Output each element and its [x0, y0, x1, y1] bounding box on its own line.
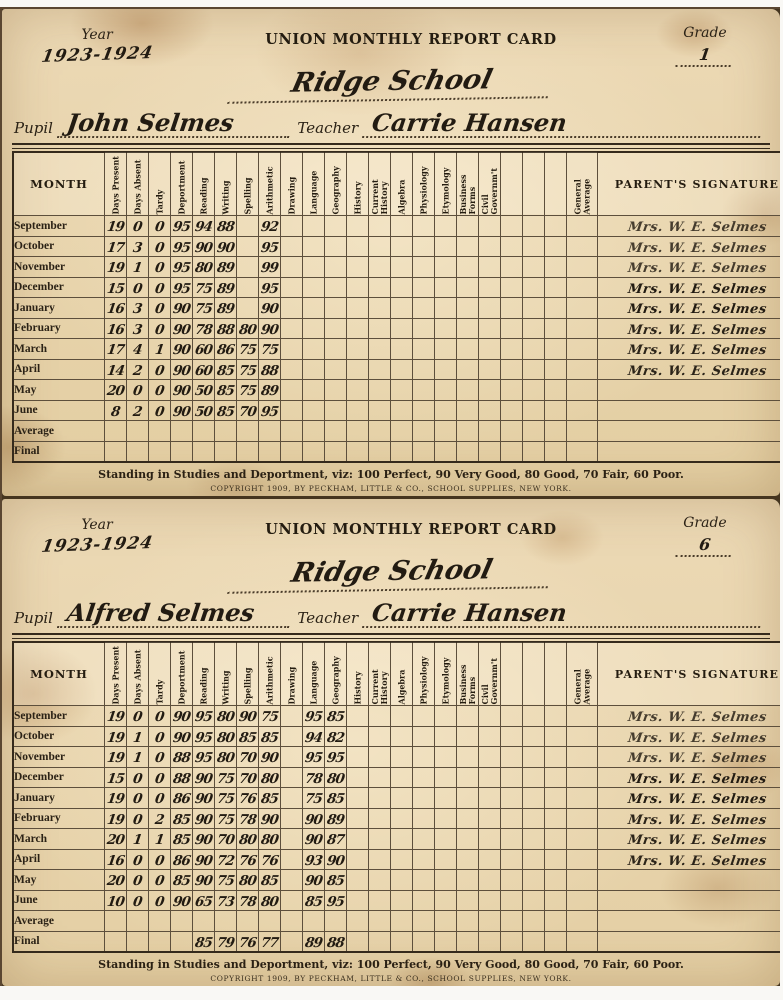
grade-cell: [545, 318, 567, 339]
grade-cell: 90: [259, 318, 281, 339]
subject-column-header: Geography: [325, 642, 347, 706]
grade-cell: 87: [325, 829, 347, 850]
subject-column-header: General Average: [567, 642, 598, 706]
grade-cell: [391, 747, 413, 768]
grade-cell: [435, 706, 457, 727]
grade-cell: [149, 931, 171, 952]
grade-cell: 89: [303, 931, 325, 952]
grade-cell: 90: [171, 890, 193, 911]
grade-cell: [281, 339, 303, 360]
grade-cell: 76: [237, 931, 259, 952]
grade-cell: 85: [325, 870, 347, 891]
grade-cell: [237, 236, 259, 257]
grade-cell: [281, 808, 303, 829]
table-row: September190090958090759585Mrs. W. E. Se…: [13, 706, 780, 727]
grade-cell: 80: [259, 890, 281, 911]
grade-cell: [413, 829, 435, 850]
grade-cell: [435, 236, 457, 257]
grade-cell: [567, 421, 598, 442]
grade-cell: [281, 788, 303, 809]
card-header: Year 1923-1924 UNION MONTHLY REPORT CARD…: [12, 23, 770, 67]
grade-cell: [501, 706, 523, 727]
grade-cell: [281, 706, 303, 727]
grade-cell: [303, 236, 325, 257]
card-header: Year 1923-1924 UNION MONTHLY REPORT CARD…: [12, 513, 770, 557]
grade-cell: 85: [259, 788, 281, 809]
grade-cell: 85: [259, 726, 281, 747]
grade-cell: 88: [215, 216, 237, 237]
grade-cell: 95: [303, 747, 325, 768]
grade-cell: 90: [259, 808, 281, 829]
subject-column-header: Business Forms: [457, 642, 479, 706]
grade-cell: [413, 706, 435, 727]
grade-cell: [457, 726, 479, 747]
grade-cell: 88: [171, 747, 193, 768]
grade-cell: [523, 359, 545, 380]
grade-cell: [457, 380, 479, 401]
grade-cell: [545, 931, 567, 952]
grade-cell: [435, 788, 457, 809]
grade-cell: [391, 277, 413, 298]
subject-column-header: Drawing: [281, 152, 303, 216]
grade-cell: 20: [105, 829, 127, 850]
grade-cell: [457, 931, 479, 952]
grade-cell: [369, 706, 391, 727]
grade-cell: [347, 870, 369, 891]
grade-cell: [413, 870, 435, 891]
grade-cell: 78: [237, 808, 259, 829]
grade-cell: [545, 359, 567, 380]
subject-column-header: Algebra: [391, 642, 413, 706]
grade-cell: [281, 829, 303, 850]
teacher-label: Teacher: [297, 609, 358, 628]
grade-cell: [413, 380, 435, 401]
grade-cell: [347, 236, 369, 257]
signature-cell: Mrs. W. E. Selmes: [598, 726, 781, 747]
subject-column-header: Reading: [193, 152, 215, 216]
table-row: October191090958085859482Mrs. W. E. Selm…: [13, 726, 780, 747]
grade-cell: [369, 849, 391, 870]
grade-cell: [501, 890, 523, 911]
grade-cell: [567, 931, 598, 952]
grade-cell: 85: [215, 359, 237, 380]
grade-cell: [391, 849, 413, 870]
grade-cell: [501, 318, 523, 339]
signature-cell: Mrs. W. E. Selmes: [598, 298, 781, 319]
grade-cell: 78: [193, 318, 215, 339]
grade-cell: 0: [127, 849, 149, 870]
grade-cell: [347, 441, 369, 462]
grade-cell: 90: [171, 318, 193, 339]
grade-cell: [303, 298, 325, 319]
grade-cell: [391, 400, 413, 421]
grade-cell: [303, 359, 325, 380]
grade-cell: [347, 849, 369, 870]
subject-column-header: Writing: [215, 152, 237, 216]
grade-cell: [435, 726, 457, 747]
grade-cell: 19: [105, 788, 127, 809]
grade-cell: [105, 421, 127, 442]
grade-cell: [457, 339, 479, 360]
grade-cell: 0: [127, 216, 149, 237]
grade-cell: [457, 318, 479, 339]
grade-cell: 77: [259, 931, 281, 952]
month-cell: February: [13, 808, 105, 829]
grade-cell: [325, 380, 347, 401]
grade-cell: 17: [105, 236, 127, 257]
grade-cell: 10: [105, 890, 127, 911]
grade-cell: [567, 870, 598, 891]
grade-cell: [545, 400, 567, 421]
school-line: Ridge School: [12, 65, 770, 102]
grade-cell: [457, 298, 479, 319]
report-card-grade-6: Year 1923-1924 UNION MONTHLY REPORT CARD…: [2, 499, 780, 986]
grade-cell: [545, 339, 567, 360]
grade-cell: [479, 298, 501, 319]
grade-cell: [545, 829, 567, 850]
grade-cell: [369, 890, 391, 911]
grade-cell: 4: [127, 339, 149, 360]
month-cell: November: [13, 257, 105, 278]
grade-cell: [325, 298, 347, 319]
month-cell: March: [13, 829, 105, 850]
table-row: April160086907276769390Mrs. W. E. Selmes: [13, 849, 780, 870]
year-block: Year 1923-1924: [12, 513, 182, 555]
month-column-header: MONTH: [13, 642, 105, 706]
grade-cell: [567, 890, 598, 911]
card-footer: Standing in Studies and Deportment, viz:…: [12, 468, 770, 493]
grade-cell: 95: [193, 726, 215, 747]
grade-cell: [501, 298, 523, 319]
grade-cell: 50: [193, 380, 215, 401]
grade-cell: 2: [149, 808, 171, 829]
grade-cell: 0: [149, 298, 171, 319]
grade-cell: 19: [105, 747, 127, 768]
table-row: November191088958070909595Mrs. W. E. Sel…: [13, 747, 780, 768]
year-value: 1923-1924: [40, 533, 155, 557]
grade-cell: 2: [127, 400, 149, 421]
signature-cell: Mrs. W. E. Selmes: [598, 788, 781, 809]
grade-cell: 90: [171, 706, 193, 727]
subject-column-header: Days Absent: [127, 642, 149, 706]
grade-cell: [105, 931, 127, 952]
grade-cell: [149, 441, 171, 462]
grade-cell: 80: [215, 706, 237, 727]
grade-cell: [435, 767, 457, 788]
grade-cell: [545, 236, 567, 257]
grade-cell: [501, 380, 523, 401]
grade-cell: [281, 236, 303, 257]
grade-cell: [501, 808, 523, 829]
grade-cell: [369, 400, 391, 421]
grade-cell: [457, 829, 479, 850]
grade-cell: [413, 726, 435, 747]
subject-column-header: History: [347, 642, 369, 706]
grade-cell: [391, 870, 413, 891]
grade-cell: [501, 277, 523, 298]
grade-cell: 76: [237, 788, 259, 809]
grade-cell: [501, 400, 523, 421]
subject-column-header: Algebra: [391, 152, 413, 216]
grade-cell: [259, 911, 281, 932]
grade-cell: [413, 400, 435, 421]
subject-column-header: General Average: [567, 152, 598, 216]
grade-cell: [391, 298, 413, 319]
grade-cell: [457, 911, 479, 932]
signature-cell: Mrs. W. E. Selmes: [598, 257, 781, 278]
grade-cell: 88: [325, 931, 347, 952]
grade-cell: [303, 339, 325, 360]
grade-cell: [479, 277, 501, 298]
grade-cell: [369, 236, 391, 257]
grade-value: 6: [676, 535, 734, 557]
grade-cell: 95: [193, 747, 215, 768]
grade-cell: [479, 767, 501, 788]
grade-cell: [281, 931, 303, 952]
grade-cell: [391, 421, 413, 442]
subject-column-header: Tardy: [149, 642, 171, 706]
month-cell: June: [13, 400, 105, 421]
pupil-teacher-line: Pupil Alfred Selmes Teacher Carrie Hanse…: [12, 594, 770, 628]
subject-column-header: Tardy: [149, 152, 171, 216]
grade-cell: [413, 277, 435, 298]
grade-cell: 20: [105, 380, 127, 401]
grade-cell: [281, 870, 303, 891]
grade-cell: [347, 318, 369, 339]
grade-cell: [413, 911, 435, 932]
subject-column-header: Days Present: [105, 642, 127, 706]
grade-cell: [479, 747, 501, 768]
grade-cell: [281, 890, 303, 911]
grade-cell: 1: [149, 339, 171, 360]
grade-cell: [237, 441, 259, 462]
grade-cell: [567, 788, 598, 809]
grade-cell: [479, 380, 501, 401]
grade-cell: 90: [259, 747, 281, 768]
grade-cell: [303, 318, 325, 339]
grade-cell: 0: [149, 890, 171, 911]
grade-cell: 90: [193, 236, 215, 257]
grade-cell: [501, 257, 523, 278]
grade-cell: [369, 359, 391, 380]
grade-cell: 70: [237, 747, 259, 768]
grade-cell: 90: [193, 870, 215, 891]
grade-cell: 95: [325, 747, 347, 768]
signature-cell: [598, 421, 781, 442]
grade-cell: [303, 257, 325, 278]
subject-column-header: Civil Governm't: [479, 642, 501, 706]
grade-cell: [347, 767, 369, 788]
grade-cell: 0: [149, 216, 171, 237]
subject-column-header: Physiology: [413, 152, 435, 216]
subject-column-header: Language: [303, 152, 325, 216]
grade-cell: [369, 318, 391, 339]
subject-column-header: Writing: [215, 642, 237, 706]
grade-cell: 88: [215, 318, 237, 339]
grade-cell: [479, 788, 501, 809]
grade-cell: [545, 911, 567, 932]
grade-cell: [369, 257, 391, 278]
card-title: UNION MONTHLY REPORT CARD: [182, 23, 640, 48]
teacher-label: Teacher: [297, 119, 358, 138]
grade-cell: [523, 849, 545, 870]
grade-cell: [523, 808, 545, 829]
grade-cell: [369, 441, 391, 462]
grade-cell: [171, 911, 193, 932]
grade-cell: [369, 870, 391, 891]
subject-column-header: Drawing: [281, 642, 303, 706]
signature-cell: Mrs. W. E. Selmes: [598, 318, 781, 339]
grade-cell: [501, 788, 523, 809]
grade-cell: [435, 400, 457, 421]
grade-cell: [413, 421, 435, 442]
grade-cell: [171, 441, 193, 462]
grade-cell: [237, 216, 259, 237]
grade-cell: [457, 216, 479, 237]
grade-cell: [281, 359, 303, 380]
signature-cell: Mrs. W. E. Selmes: [598, 236, 781, 257]
grade-cell: [281, 318, 303, 339]
grade-cell: [369, 277, 391, 298]
grade-cell: 0: [127, 870, 149, 891]
grade-cell: [237, 911, 259, 932]
table-header-row: MONTHDays PresentDays AbsentTardyDeportm…: [13, 642, 780, 706]
grade-cell: [457, 706, 479, 727]
grade-cell: [325, 236, 347, 257]
grade-cell: 20: [105, 870, 127, 891]
grade-cell: [413, 849, 435, 870]
pupil-teacher-line: Pupil John Selmes Teacher Carrie Hansen: [12, 104, 770, 138]
signature-cell: Mrs. W. E. Selmes: [598, 849, 781, 870]
signature-cell: Mrs. W. E. Selmes: [598, 829, 781, 850]
grade-cell: 1: [127, 726, 149, 747]
grade-cell: 70: [215, 829, 237, 850]
grade-cell: [347, 421, 369, 442]
table-row: January190086907576857585Mrs. W. E. Selm…: [13, 788, 780, 809]
subject-column-header: Reading: [193, 642, 215, 706]
table-row: January163090758990Mrs. W. E. Selmes: [13, 298, 780, 319]
month-cell: October: [13, 726, 105, 747]
grade-cell: [523, 931, 545, 952]
subject-column-header: Spelling: [237, 152, 259, 216]
subject-column-header: Current History: [369, 152, 391, 216]
grade-cell: [193, 441, 215, 462]
table-row: Average: [13, 911, 780, 932]
subject-column-header: Days Present: [105, 152, 127, 216]
grade-cell: 90: [193, 829, 215, 850]
grade-cell: [325, 277, 347, 298]
grade-cell: 89: [215, 298, 237, 319]
grade-cell: [501, 931, 523, 952]
grade-cell: [479, 441, 501, 462]
grade-cell: 90: [193, 788, 215, 809]
grade-cell: [369, 767, 391, 788]
pupil-name: John Selmes: [57, 110, 293, 138]
blank-column-header: [501, 152, 523, 216]
grade-cell: [501, 870, 523, 891]
year-label: Year: [12, 27, 182, 43]
grade-cell: [545, 788, 567, 809]
subject-column-header: Physiology: [413, 642, 435, 706]
grade-cell: [281, 441, 303, 462]
grade-cell: [413, 441, 435, 462]
grade-cell: [193, 421, 215, 442]
grade-cell: [259, 441, 281, 462]
subject-column-header: Geography: [325, 152, 347, 216]
grade-cell: [347, 890, 369, 911]
grade-cell: [413, 298, 435, 319]
grade-cell: [281, 257, 303, 278]
grade-cell: [567, 726, 598, 747]
grade-cell: 0: [127, 788, 149, 809]
grade-cell: [523, 236, 545, 257]
grade-cell: 75: [237, 339, 259, 360]
grade-cell: [523, 421, 545, 442]
grade-cell: 3: [127, 298, 149, 319]
grade-cell: 3: [127, 236, 149, 257]
subject-column-header: Business Forms: [457, 152, 479, 216]
grade-cell: 0: [149, 400, 171, 421]
grade-cell: [413, 216, 435, 237]
grade-cell: 89: [325, 808, 347, 829]
signature-cell: [598, 400, 781, 421]
grade-cell: 78: [237, 890, 259, 911]
table-row: Final: [13, 441, 780, 462]
signature-cell: Mrs. W. E. Selmes: [598, 216, 781, 237]
grade-cell: 0: [149, 767, 171, 788]
grade-cell: [523, 277, 545, 298]
grade-cell: 90: [237, 706, 259, 727]
grade-cell: [501, 726, 523, 747]
table-row: September190095948892Mrs. W. E. Selmes: [13, 216, 780, 237]
grade-cell: 82: [325, 726, 347, 747]
signature-cell: Mrs. W. E. Selmes: [598, 747, 781, 768]
grade-cell: 85: [215, 400, 237, 421]
grade-cell: 89: [259, 380, 281, 401]
pupil-label: Pupil: [14, 119, 53, 138]
grade-cell: [479, 339, 501, 360]
blank-column-header: [545, 152, 567, 216]
grade-cell: 90: [171, 339, 193, 360]
grade-cell: [369, 421, 391, 442]
grade-cell: 80: [215, 747, 237, 768]
grade-cell: [479, 890, 501, 911]
grade-cell: 16: [105, 849, 127, 870]
grade-cell: 80: [237, 318, 259, 339]
grade-cell: [413, 359, 435, 380]
grade-cell: [435, 216, 457, 237]
grade-cell: [281, 726, 303, 747]
grade-cell: [523, 257, 545, 278]
year-block: Year 1923-1924: [12, 23, 182, 65]
grade-cell: [391, 788, 413, 809]
signature-cell: [598, 890, 781, 911]
grade-cell: [501, 441, 523, 462]
grade-cell: [435, 911, 457, 932]
table-row: May200085907580859085: [13, 870, 780, 891]
grade-cell: 90: [303, 808, 325, 829]
grade-cell: [457, 400, 479, 421]
subject-column-header: Deportment: [171, 152, 193, 216]
school-name: Ridge School: [227, 552, 556, 594]
signature-cell: Mrs. W. E. Selmes: [598, 808, 781, 829]
grade-cell: [325, 318, 347, 339]
grade-cell: [501, 911, 523, 932]
grade-cell: [281, 277, 303, 298]
grade-cell: [347, 706, 369, 727]
grade-cell: [391, 726, 413, 747]
grade-cell: [501, 421, 523, 442]
